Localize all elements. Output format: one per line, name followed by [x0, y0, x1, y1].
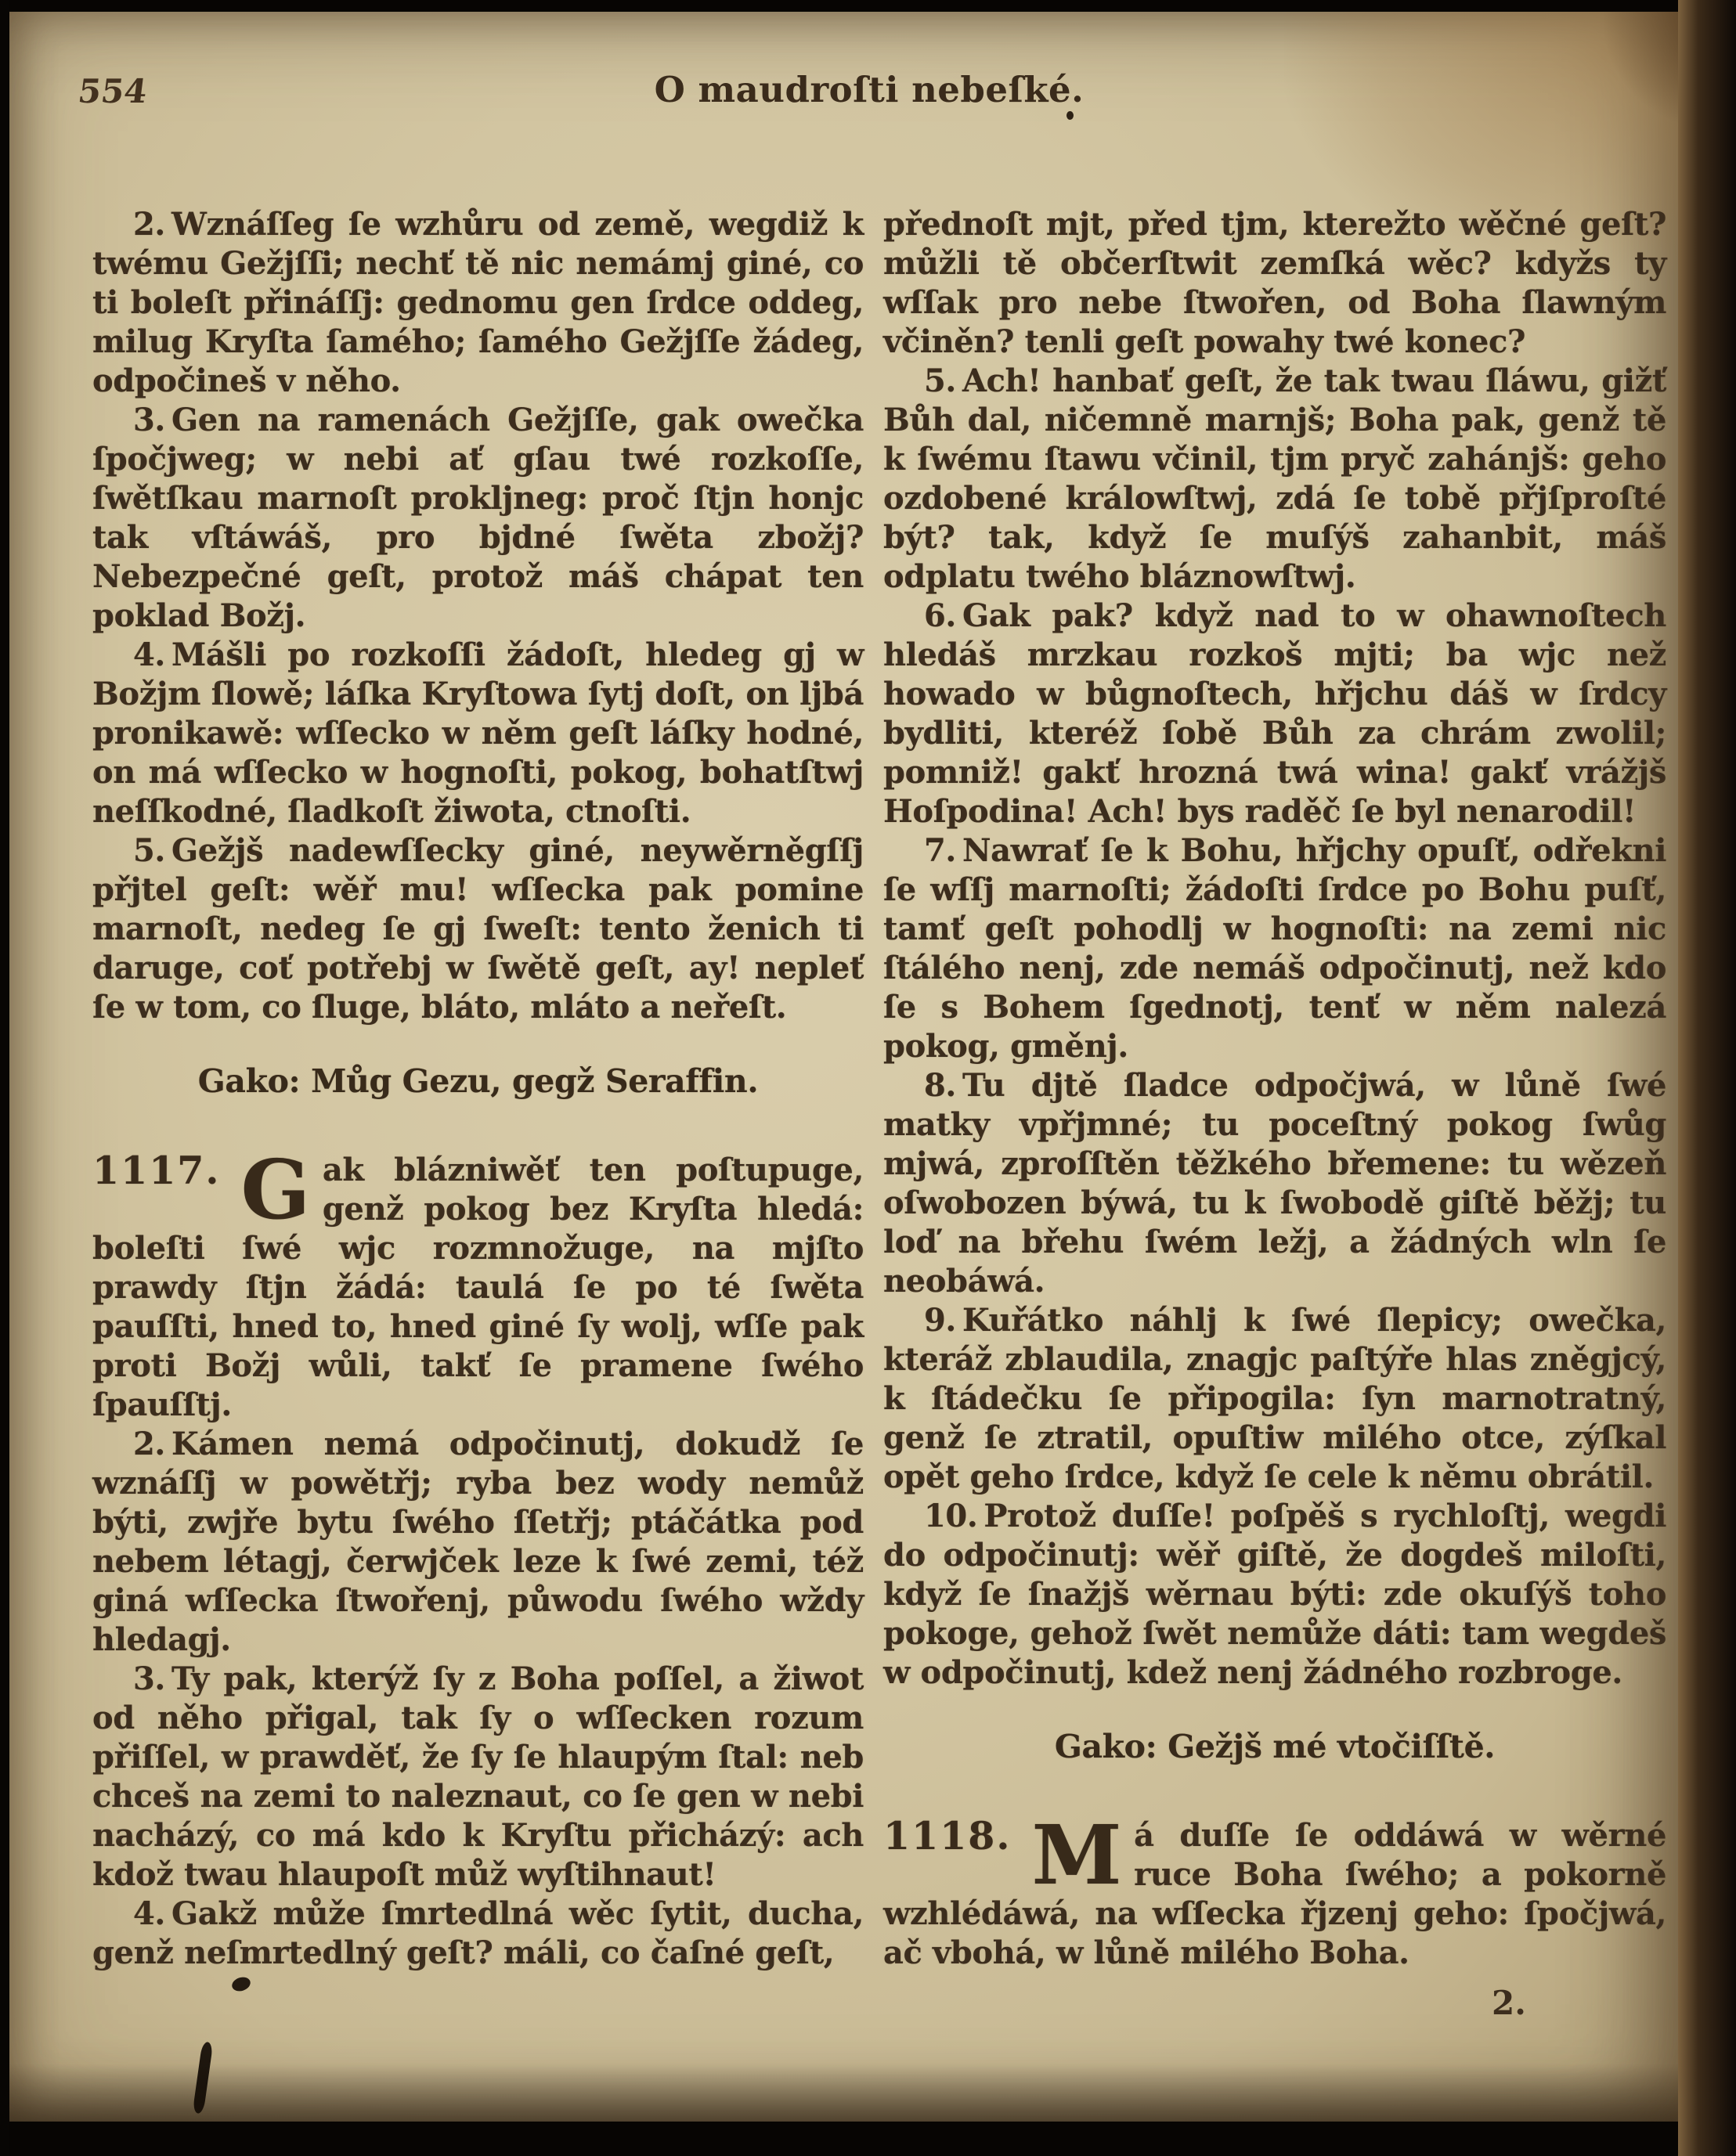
verse-number: 3.	[133, 402, 165, 438]
verse-text: Ach! hanbať geſt, že tak twau ſláwu, giž…	[883, 362, 1666, 595]
verse-number: 6.	[924, 597, 956, 634]
verse-text: Gen na ramenách Gežjſſe, gak owečka ſpoč…	[92, 402, 864, 634]
catchword: 2.	[1492, 1984, 1526, 2022]
verse-paragraph: 5.Ach! hanbať geſt, že tak twau ſláwu, g…	[883, 362, 1666, 597]
verse-number: 3.	[133, 1660, 165, 1697]
verse-number: 10.	[924, 1498, 977, 1534]
verse-continuation-paragraph: přednoſt mjt, před tjm, kterežto wěčné g…	[883, 205, 1666, 362]
verse-text: Gakž může ſmrtedlná wěc ſytit, ducha, ge…	[92, 1895, 864, 1971]
verse-number: 5.	[924, 362, 956, 399]
verse-paragraph: 8.Tu djtě ſladce odpočjwá, w lůně ſwé ma…	[883, 1066, 1666, 1301]
verse-text: Wznáſſeg ſe wzhůru od země, wegdiž k twé…	[92, 206, 864, 399]
running-title: O maudroſti nebeſké.	[611, 69, 1128, 110]
verse-number: 2.	[133, 1426, 165, 1462]
verse-text: Gak pak? když nad to w ohawnoſtech hledá…	[883, 597, 1666, 830]
verse-text: Kámen nemá odpočinutj, dokudž ſe wznáſſj…	[92, 1426, 864, 1658]
verse-paragraph: 2.Wznáſſeg ſe wzhůru od země, wegdiž k t…	[92, 205, 864, 401]
verse-number: 8.	[924, 1067, 956, 1104]
tune-reference-line: Gako: Můg Gezu, gegž Seraffin.	[92, 1062, 864, 1101]
hymn-1118-opening: 1118.Má duſſe ſe oddáwá w wěrné ruce Boh…	[883, 1816, 1666, 1973]
verse-paragraph: 3.Gen na ramenách Gežjſſe, gak owečka ſp…	[92, 401, 864, 636]
verse-text: Protož duſſe! poſpěš s rychloſtj, wegdi …	[883, 1498, 1666, 1691]
verse-paragraph: 5.Gežjš nadewſſecky giné, neywěrněgſſj p…	[92, 831, 864, 1027]
verse-paragraph: 4.Mášli po rozkoſſi žádoſt, hledeg gj w …	[92, 636, 864, 831]
text-column-left: 2.Wznáſſeg ſe wzhůru od země, wegdiž k t…	[92, 205, 864, 1973]
verse-number: 5.	[133, 832, 165, 869]
verse-text: Nawrať ſe k Bohu, hřjchy opuſť, odřekni …	[883, 832, 1666, 1065]
hymn-number: 1118.	[883, 1816, 1011, 1855]
verse-text: Kuřátko náhlj k ſwé ſlepicy; owečka, kte…	[883, 1302, 1666, 1495]
verse-number: 4.	[133, 636, 165, 673]
verse-number: 4.	[133, 1895, 165, 1932]
hymn-initial-dropcap: M	[1031, 1818, 1121, 1893]
verse-number: 7.	[924, 832, 956, 869]
verse-paragraph: 6.Gak pak? když nad to w ohawnoſtech hle…	[883, 597, 1666, 831]
verse-text: Ty pak, kterýž ſy z Boha poſſel, a žiwot…	[92, 1660, 864, 1893]
ink-speck	[1067, 111, 1074, 120]
scan-edge-left	[0, 0, 9, 2156]
scan-edge-bottom	[0, 2122, 1736, 2156]
verse-paragraph: 4.Gakž může ſmrtedlná wěc ſytit, ducha, …	[92, 1895, 864, 1973]
tune-reference-line: Gako: Gežjš mé vtočiſſtě.	[883, 1727, 1666, 1766]
scanned-book-page: { "page": { "number": "554", "title": "O…	[0, 0, 1736, 2156]
verse-number: 9.	[924, 1302, 956, 1339]
verse-text: Mášli po rozkoſſi žádoſt, hledeg gj w Bo…	[92, 636, 864, 830]
verse-paragraph: 10.Protož duſſe! poſpěš s rychloſtj, weg…	[883, 1497, 1666, 1693]
verse-paragraph: 7.Nawrať ſe k Bohu, hřjchy opuſť, odřekn…	[883, 831, 1666, 1066]
verse-text: Tu djtě ſladce odpočjwá, w lůně ſwé matk…	[883, 1067, 1666, 1300]
hymn-initial-dropcap: G	[240, 1152, 309, 1228]
scan-edge-right	[1678, 0, 1736, 2156]
verse-text: Gežjš nadewſſecky giné, neywěrněgſſj přj…	[92, 832, 864, 1026]
verse-number: 2.	[133, 206, 165, 243]
scan-edge-top	[0, 0, 1736, 12]
verse-text: přednoſt mjt, před tjm, kterežto wěčné g…	[883, 206, 1666, 360]
text-column-right: přednoſt mjt, před tjm, kterežto wěčné g…	[883, 205, 1666, 1973]
verse-paragraph: 3.Ty pak, kterýž ſy z Boha poſſel, a žiw…	[92, 1660, 864, 1895]
hymn-1117-opening: 1117.Gak blázniwěť ten poſtupuge, genž p…	[92, 1151, 864, 1425]
page-number: 554	[76, 72, 150, 110]
hymn-number: 1117.	[92, 1151, 220, 1190]
verse-paragraph: 2.Kámen nemá odpočinutj, dokudž ſe wznáſ…	[92, 1425, 864, 1660]
verse-paragraph: 9.Kuřátko náhlj k ſwé ſlepicy; owečka, k…	[883, 1301, 1666, 1497]
